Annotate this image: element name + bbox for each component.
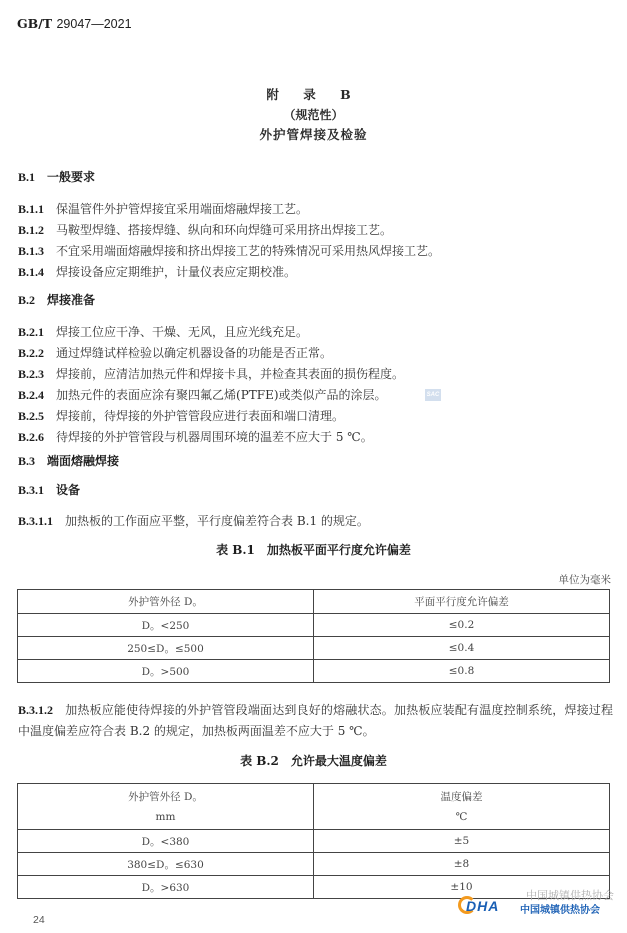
clause-b1-3: B.1.3不宜采用端面熔融焊接和挤出焊接工艺的特殊情况可采用热风焊接工艺。 (18, 242, 440, 259)
section-title: 设备 (56, 483, 80, 497)
clause-number: B.2.5 (18, 409, 44, 424)
annex-type: （规范性） (0, 106, 627, 123)
section-heading-b2: B.2焊接准备 (18, 291, 95, 308)
header-label: 外护管外径 D。 (18, 787, 313, 807)
table-row: D。>630 ±10 (18, 876, 610, 899)
clause-number: B.2.6 (18, 430, 44, 445)
clause-number: B.3.1.2 (18, 703, 53, 717)
section-heading-b3: B.3端面熔融焊接 (18, 452, 119, 469)
page-number: 24 (33, 914, 45, 926)
header-label: 温度偏差 (314, 787, 609, 807)
header-cell: 外护管外径 D。 mm (18, 784, 314, 830)
annex-name: 外护管焊接及检验 (0, 125, 627, 143)
clause-number: B.2.4 (18, 388, 44, 403)
table-cell: ≤0.4 (314, 637, 610, 660)
clause-number: B.2.1 (18, 325, 44, 340)
table-header-row: 外护管外径 D。 mm 温度偏差 ℃ (18, 784, 610, 830)
clause-text: 保温管件外护管焊接宜采用端面熔融焊接工艺。 (56, 202, 308, 216)
section-number: B.2 (18, 293, 35, 308)
standard-code: GB/T 29047—2021 (17, 16, 132, 31)
clause-text: 通过焊缝试样检验以确定机器设备的功能是否正常。 (56, 346, 332, 360)
standard-number: 29047—2021 (56, 17, 131, 31)
section-title: 焊接准备 (47, 293, 95, 307)
clause-text: 焊接前，应清洁加热元件和焊接卡具，并检查其表面的损伤程度。 (56, 367, 404, 381)
clause-number: B.2.2 (18, 346, 44, 361)
clause-text: 加热板的工作面应平整，平行度偏差符合表 B.1 的规定。 (65, 514, 369, 528)
clause-number: B.3.1.1 (18, 514, 53, 529)
clause-number: B.2.3 (18, 367, 44, 382)
clause-text: 马鞍型焊缝、搭接焊缝、纵向和环向焊缝可采用挤出焊接工艺。 (56, 223, 392, 237)
clause-text: 焊接设备应定期维护，计量仪表应定期校准。 (56, 265, 296, 279)
clause-text: 待焊接的外护管管段与机器周围环境的温差不应大于 5 ℃。 (56, 430, 373, 444)
table-row: D。<380 ±5 (18, 830, 610, 853)
table-b1-title: 表 B.1 加热板平面平行度允许偏差 (0, 541, 627, 558)
section-number: B.3.1 (18, 483, 44, 498)
section-title: 端面熔融焊接 (47, 454, 119, 468)
table-row: D。<250 ≤0.2 (18, 614, 610, 637)
table-b1-unit: 单位为毫米 (559, 572, 612, 587)
table-cell: 250≤D。≤500 (18, 637, 314, 660)
clause-text: 焊接工位应干净、干燥、无风，且应光线充足。 (56, 325, 308, 339)
sac-watermark: SAC (425, 389, 441, 401)
clause-number: B.1.1 (18, 202, 44, 217)
section-number: B.1 (18, 170, 35, 185)
table-row: 380≤D。≤630 ±8 (18, 853, 610, 876)
table-b1: 外护管外径 D。 平面平行度允许偏差 D。<250 ≤0.2 250≤D。≤50… (17, 589, 610, 683)
clause-number: B.1.3 (18, 244, 44, 259)
clause-b1-2: B.1.2马鞍型焊缝、搭接焊缝、纵向和环向焊缝可采用挤出焊接工艺。 (18, 221, 392, 238)
annex-title: 附 录 B (0, 85, 627, 103)
logo-org: 中国城镇供热协会 (520, 901, 600, 916)
header-cell: 温度偏差 ℃ (314, 784, 610, 830)
clause-text: 加热板应能使待焊接的外护管管段端面达到良好的熔融状态。加热板应装配有温度控制系统… (18, 703, 613, 738)
clause-b2-4: B.2.4加热元件的表面应涂有聚四氟乙烯(PTFE)或类似产品的涂层。 (18, 386, 387, 403)
table-cell: ±8 (314, 853, 610, 876)
clause-b3-1-1: B.3.1.1加热板的工作面应平整，平行度偏差符合表 B.1 的规定。 (18, 512, 369, 529)
header-unit: mm (18, 807, 313, 827)
table-header-row: 外护管外径 D。 平面平行度允许偏差 (18, 590, 610, 614)
clause-text: 加热元件的表面应涂有聚四氟乙烯(PTFE)或类似产品的涂层。 (56, 388, 387, 402)
table-cell: D。<380 (18, 830, 314, 853)
clause-number: B.1.2 (18, 223, 44, 238)
header-cell: 外护管外径 D。 (18, 590, 314, 614)
clause-b2-1: B.2.1焊接工位应干净、干燥、无风，且应光线充足。 (18, 323, 308, 340)
header-cell: 平面平行度允许偏差 (314, 590, 610, 614)
section-heading-b1: B.1一般要求 (18, 168, 95, 185)
clause-b1-4: B.1.4焊接设备应定期维护，计量仪表应定期校准。 (18, 263, 296, 280)
section-number: B.3 (18, 454, 35, 469)
clause-b2-5: B.2.5焊接前，待焊接的外护管管段应进行表面和端口清理。 (18, 407, 344, 424)
table-row: D。>500 ≤0.8 (18, 660, 610, 683)
table-b2-title: 表 B.2 允许最大温度偏差 (0, 752, 627, 769)
table-cell: D。>630 (18, 876, 314, 899)
clause-b2-3: B.2.3焊接前，应清洁加热元件和焊接卡具，并检查其表面的损伤程度。 (18, 365, 404, 382)
table-b2: 外护管外径 D。 mm 温度偏差 ℃ D。<380 ±5 380≤D。≤630 … (17, 783, 610, 899)
table-cell: 380≤D。≤630 (18, 853, 314, 876)
section-title: 一般要求 (47, 170, 95, 184)
table-row: 250≤D。≤500 ≤0.4 (18, 637, 610, 660)
subsection-heading-b3-1: B.3.1设备 (18, 481, 80, 498)
clause-b2-2: B.2.2通过焊缝试样检验以确定机器设备的功能是否正常。 (18, 344, 332, 361)
clause-b2-6: B.2.6待焊接的外护管管段与机器周围环境的温差不应大于 5 ℃。 (18, 428, 373, 445)
table-cell: ≤0.8 (314, 660, 610, 683)
standard-prefix: GB/T (17, 16, 52, 31)
logo-text: DHA (466, 898, 499, 914)
header-unit: ℃ (314, 807, 609, 827)
table-cell: D。>500 (18, 660, 314, 683)
table-cell: ±5 (314, 830, 610, 853)
clause-text: 焊接前，待焊接的外护管管段应进行表面和端口清理。 (56, 409, 344, 423)
clause-b3-1-2: B.3.1.2加热板应能使待焊接的外护管管段端面达到良好的熔融状态。加热板应装配… (18, 700, 613, 742)
clause-number: B.1.4 (18, 265, 44, 280)
clause-b1-1: B.1.1保温管件外护管焊接宜采用端面熔融焊接工艺。 (18, 200, 308, 217)
clause-text: 不宜采用端面熔融焊接和挤出焊接工艺的特殊情况可采用热风焊接工艺。 (56, 244, 440, 258)
table-cell: D。<250 (18, 614, 314, 637)
table-cell: ≤0.2 (314, 614, 610, 637)
